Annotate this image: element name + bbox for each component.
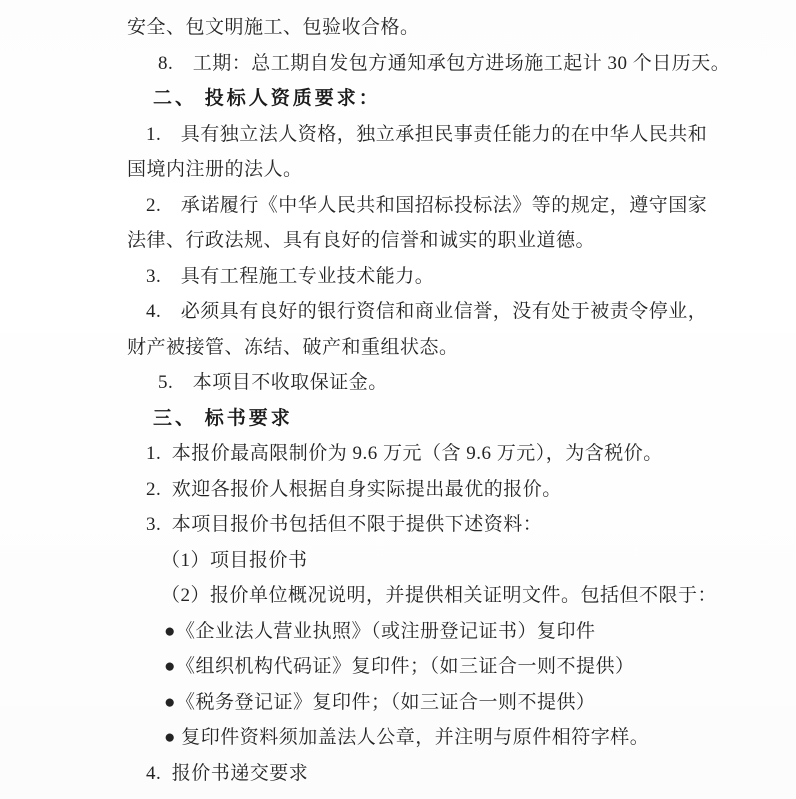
doc-line: 1. 本报价最高限制价为 9.6 万元（含 9.6 万元），为含税价。 <box>0 436 796 472</box>
doc-line: 1. 具有独立法人资格，独立承担民事责任能力的在中华人民共和 <box>0 117 796 153</box>
doc-line: 国境内注册的法人。 <box>0 152 796 188</box>
doc-line: 4. 必须具有良好的银行资信和商业信誉，没有处于被责令停业， <box>0 294 796 330</box>
doc-line: （2）报价单位概况说明，并提供相关证明文件。包括但不限于： <box>0 578 796 614</box>
document-body: 安全、包文明施工、包验收合格。8. 工期：总工期自发包方通知承包方进场施工起计 … <box>0 10 796 791</box>
doc-line: ●《企业法人营业执照》（或注册登记证书）复印件 <box>0 614 796 650</box>
document-page: 安全、包文明施工、包验收合格。8. 工期：总工期自发包方通知承包方进场施工起计 … <box>0 0 796 799</box>
doc-line: 8. 工期：总工期自发包方通知承包方进场施工起计 30 个日历天。 <box>0 46 796 82</box>
doc-line: 法律、行政法规、具有良好的信誉和诚实的职业道德。 <box>0 223 796 259</box>
doc-line: 财产被接管、冻结、破产和重组状态。 <box>0 330 796 366</box>
doc-line: ● 复印件资料须加盖法人公章，并注明与原件相符字样。 <box>0 720 796 756</box>
doc-line: 4. 报价书递交要求 <box>0 756 796 792</box>
doc-line: 2. 欢迎各报价人根据自身实际提出最优的报价。 <box>0 472 796 508</box>
doc-line: ●《税务登记证》复印件；（如三证合一则不提供） <box>0 685 796 721</box>
doc-line: 安全、包文明施工、包验收合格。 <box>0 10 796 46</box>
section-heading: 三、 标书要求 <box>0 401 796 437</box>
section-heading: 二、 投标人资质要求： <box>0 81 796 117</box>
doc-line: 3. 具有工程施工专业技术能力。 <box>0 259 796 295</box>
doc-line: 5. 本项目不收取保证金。 <box>0 365 796 401</box>
doc-line: ●《组织机构代码证》复印件；（如三证合一则不提供） <box>0 649 796 685</box>
doc-line: （1）项目报价书 <box>0 543 796 579</box>
doc-line: 3. 本项目报价书包括但不限于提供下述资料： <box>0 507 796 543</box>
doc-line: 2. 承诺履行《中华人民共和国招标投标法》等的规定，遵守国家 <box>0 188 796 224</box>
